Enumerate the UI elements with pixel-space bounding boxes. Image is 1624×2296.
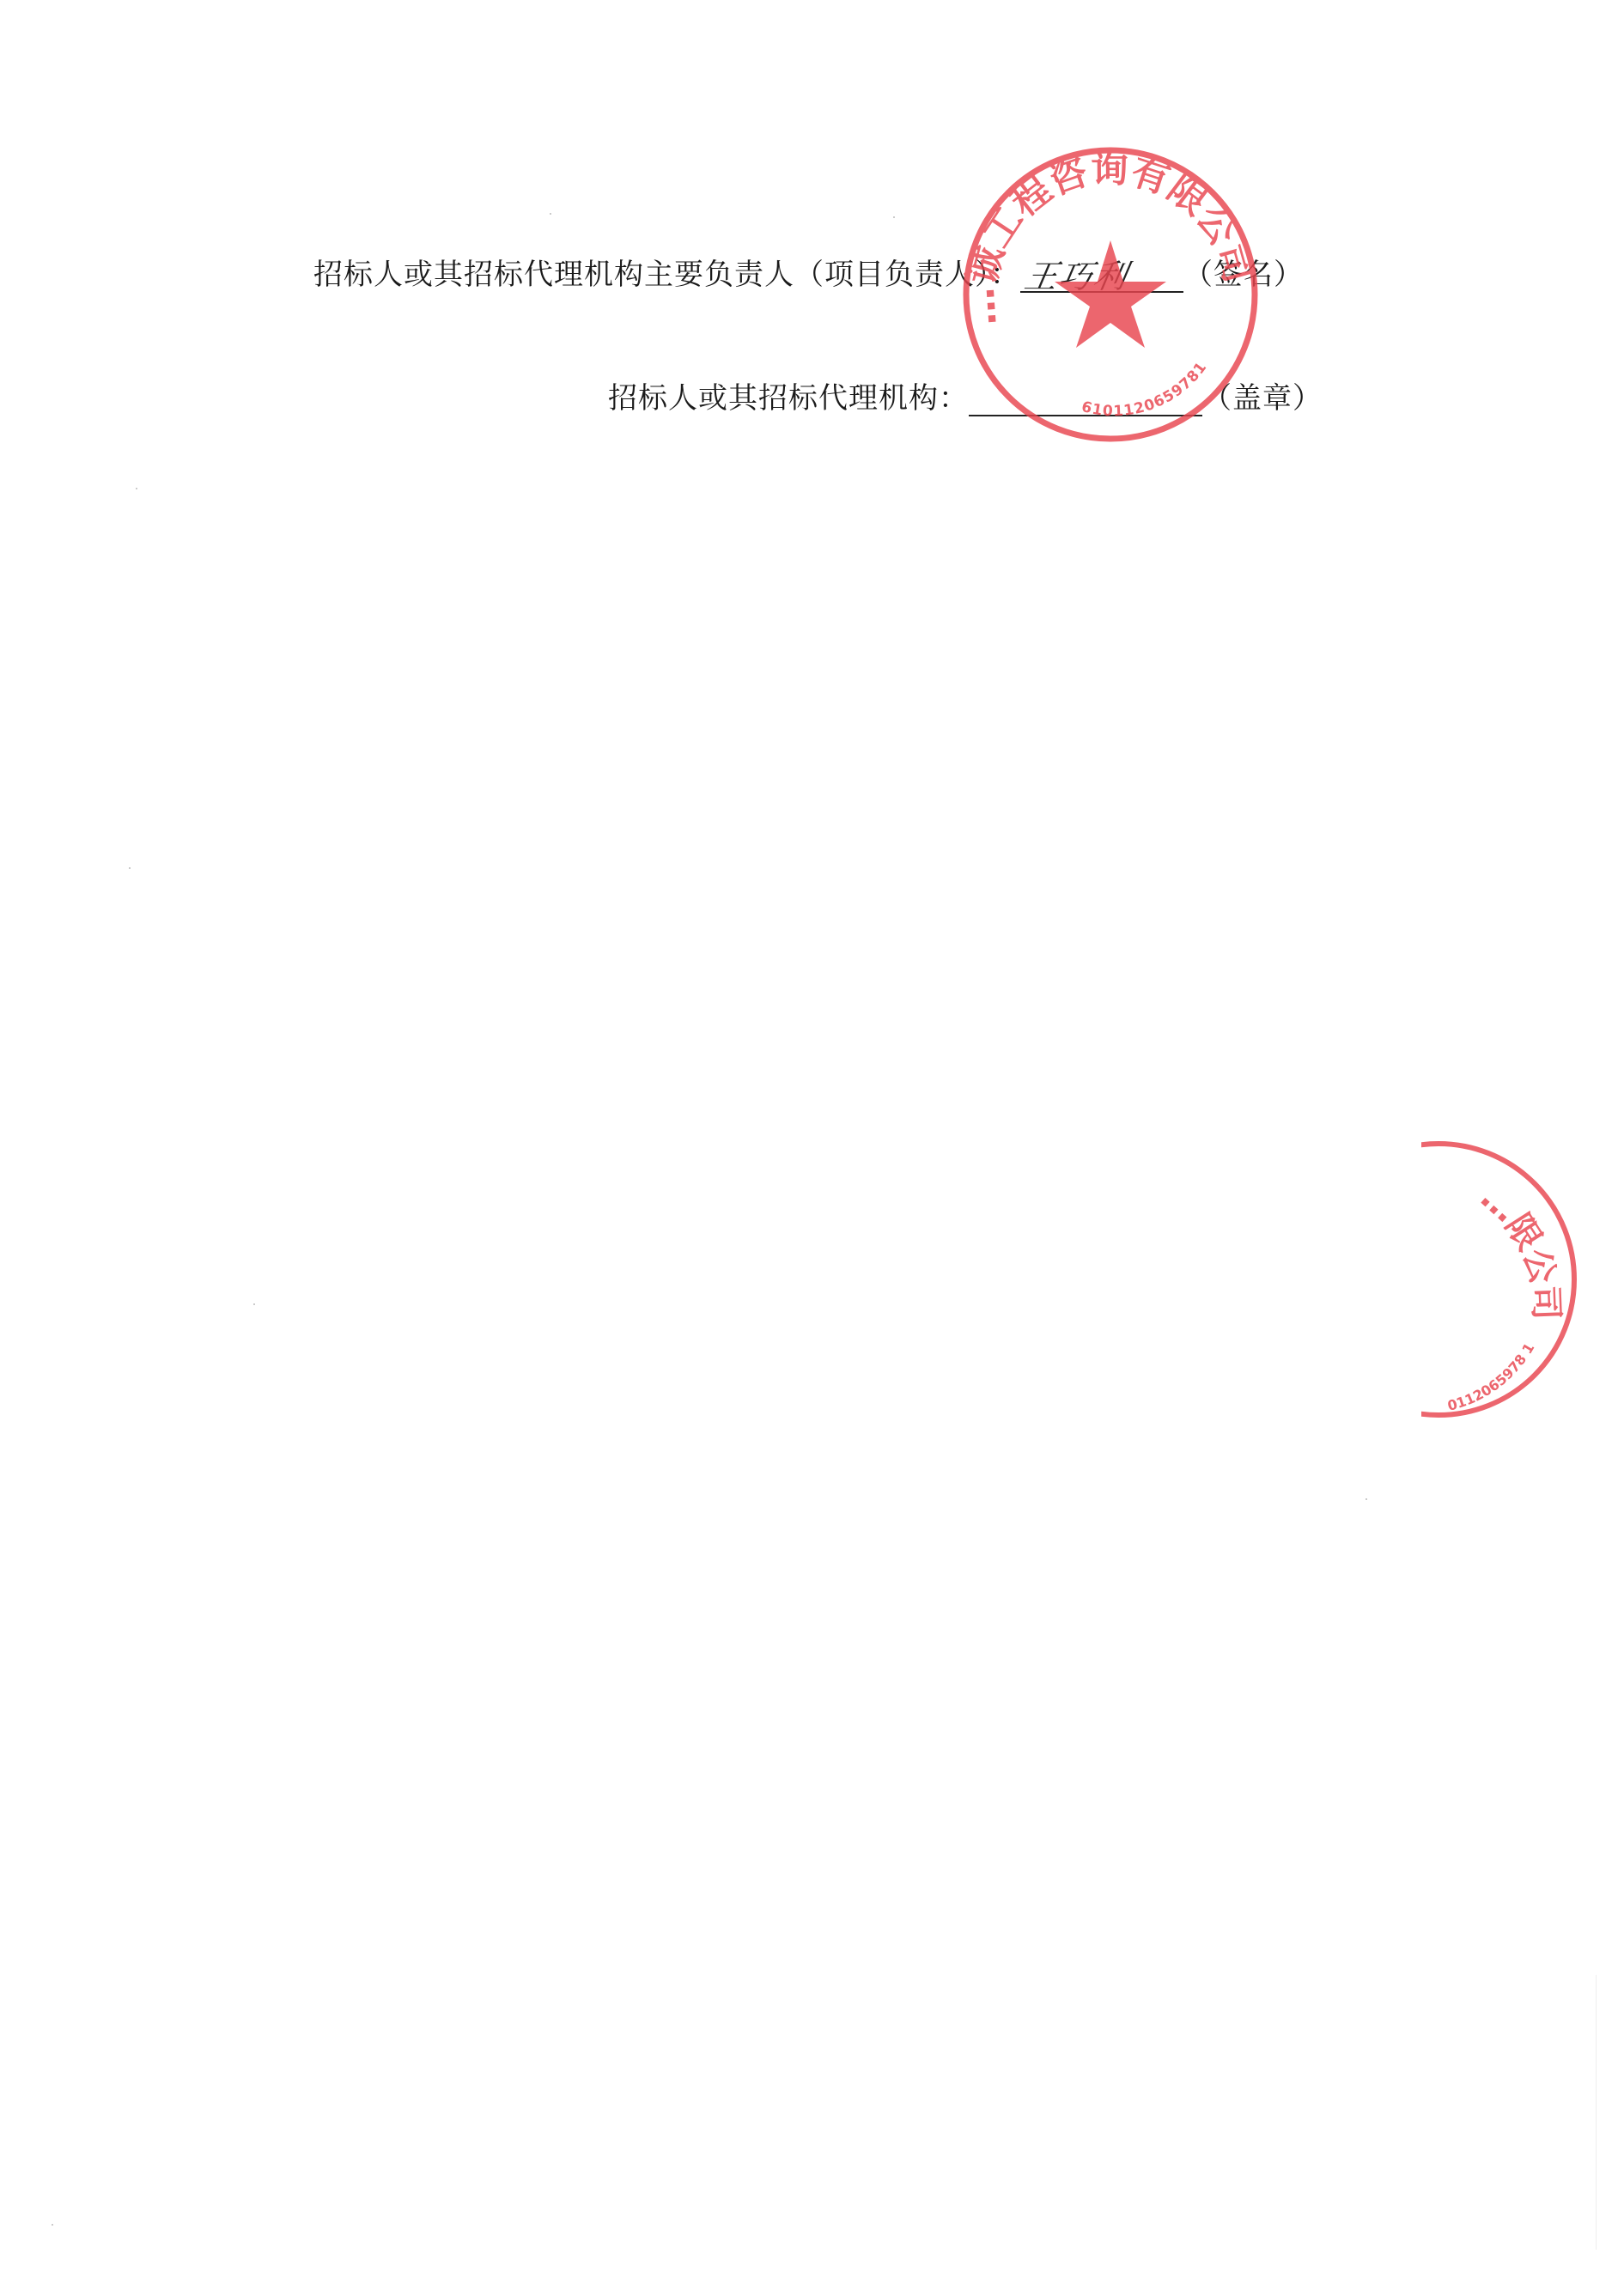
scan-speck — [129, 867, 131, 869]
seal-field[interactable] — [969, 380, 1202, 416]
scan-speck — [893, 216, 895, 218]
scan-speck — [1365, 1498, 1367, 1500]
seal-suffix: （盖章） — [1202, 381, 1323, 416]
handwritten-signature: 王巧利 — [1021, 250, 1133, 297]
seal-label: 招标人或其招标代理机构： — [608, 381, 969, 416]
signature-label: 招标人或其招标代理机构主要负责人（项目负责人）： — [313, 258, 1020, 292]
scan-speck — [253, 1303, 255, 1305]
svg-text:…诚工程咨询有限公司: …诚工程咨询有限公司 — [960, 148, 1260, 327]
seal-line: 招标人或其招标代理机构：（盖章） — [608, 374, 1323, 416]
partial-seal-icon: …限公司 0112065978 1 — [1421, 1129, 1584, 1430]
scan-speck — [136, 488, 137, 489]
signature-field[interactable]: 王巧利 — [1020, 257, 1183, 293]
svg-text:0112065978 1: 0112065978 1 — [1445, 1340, 1537, 1414]
scan-speck — [52, 2224, 53, 2226]
signature-line: 招标人或其招标代理机构主要负责人（项目负责人）：王巧利（签名） — [313, 251, 1304, 293]
scan-edge — [1596, 1975, 1597, 2250]
signature-suffix: （签名） — [1183, 258, 1304, 292]
scan-speck — [550, 213, 551, 215]
svg-text:…限公司: …限公司 — [1473, 1178, 1566, 1321]
